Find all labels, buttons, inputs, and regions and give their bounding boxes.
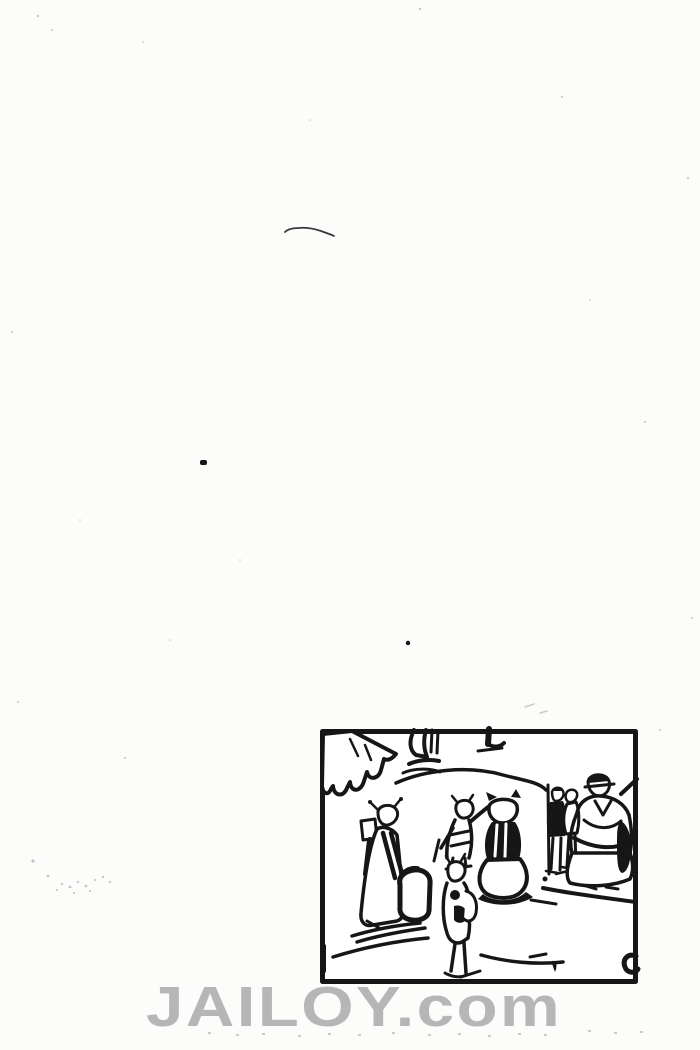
panel xyxy=(322,729,638,982)
ink-speck xyxy=(200,460,207,465)
ink-speck xyxy=(406,641,410,645)
basket xyxy=(400,870,430,920)
page-scan-artwork xyxy=(0,0,700,1050)
scan-noise-specks xyxy=(200,228,410,645)
bottom-speckle-row xyxy=(208,1030,643,1037)
pen-stroke-arc xyxy=(285,228,334,236)
faint-dashes-above-panel xyxy=(525,704,547,713)
